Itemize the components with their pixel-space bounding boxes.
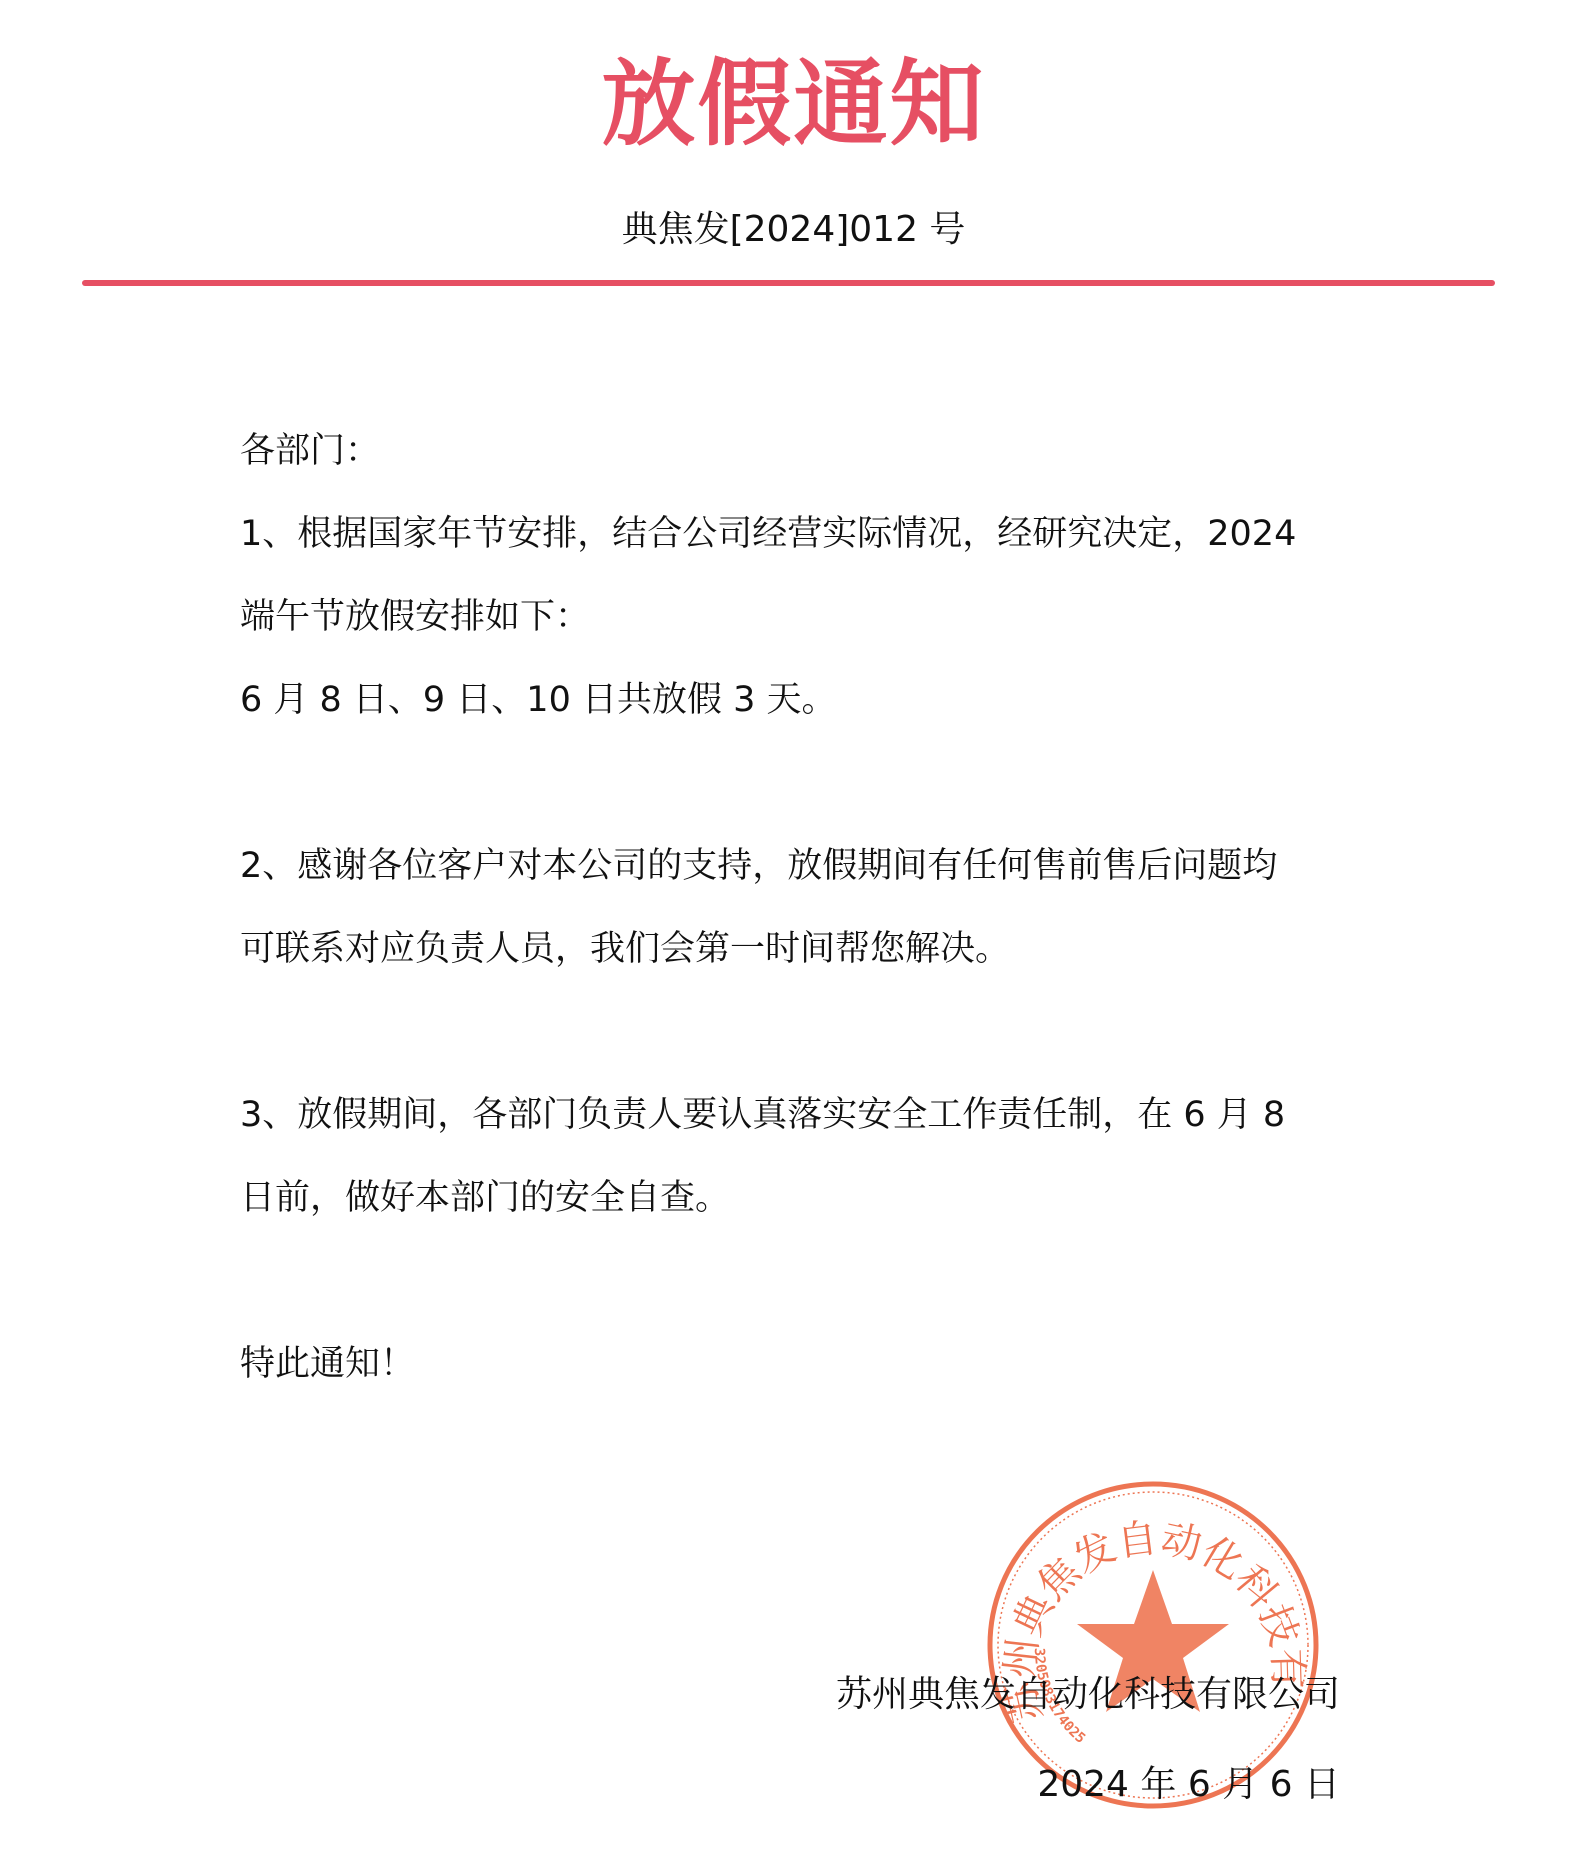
item-2-line-2: 可联系对应负责人员，我们会第一时间帮您解决。: [240, 908, 1360, 991]
salutation: 各部门：: [240, 410, 1360, 493]
item-1-line-3: 6 月 8 日、9 日、10 日共放假 3 天。: [240, 659, 1360, 742]
document-number: 典焦发[2024]012 号: [0, 205, 1587, 255]
paragraph-gap: [240, 742, 1360, 825]
item-1-line-1: 1、根据国家年节安排，结合公司经营实际情况，经研究决定，2024: [240, 493, 1360, 576]
closing: 特此通知！: [240, 1323, 1360, 1406]
signing-date: 2024 年 6 月 6 日: [1037, 1760, 1340, 1810]
notice-body: 各部门： 1、根据国家年节安排，结合公司经营实际情况，经研究决定，2024 端午…: [240, 410, 1360, 1406]
paragraph-gap: [240, 1240, 1360, 1323]
item-2-line-1: 2、感谢各位客户对本公司的支持，放假期间有任何售前售后问题均: [240, 825, 1360, 908]
item-1-line-2: 端午节放假安排如下：: [240, 576, 1360, 659]
item-3-line-2: 日前，做好本部门的安全自查。: [240, 1157, 1360, 1240]
header-divider: [82, 280, 1495, 286]
paragraph-gap: [240, 991, 1360, 1074]
item-3-line-1: 3、放假期间，各部门负责人要认真落实安全工作责任制，在 6 月 8: [240, 1074, 1360, 1157]
signing-company: 苏州典焦发自动化科技有限公司: [836, 1670, 1340, 1720]
notice-title: 放假通知: [0, 40, 1587, 170]
